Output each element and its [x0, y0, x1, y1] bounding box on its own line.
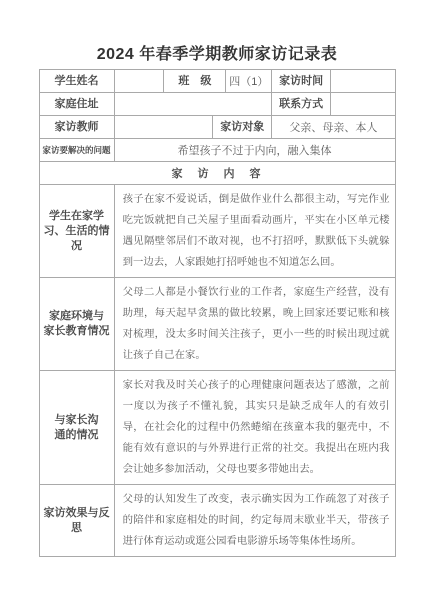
page-title: 2024 年春季学期教师家访记录表 — [0, 0, 434, 64]
table-row: 家 访 内 容 — [40, 162, 396, 185]
class-label: 班 级 — [164, 70, 226, 93]
row-label: 家庭环境与 家长教育情况 — [40, 278, 115, 371]
section-header-visit-content: 家 访 内 容 — [40, 162, 396, 185]
content-row-parent-communication: 与家长沟 通的情况 家长对我及时关心孩子的心理健康问题表达了感激，之前一度以为孩… — [40, 371, 396, 485]
row-text: 父母二人都是小餐饮行业的工作者，家庭生产经营，没有助理，每天起早贪黑的做比较累，… — [115, 278, 396, 371]
problem-label: 家访要解决的问题 — [40, 139, 115, 162]
student-name-label: 学生姓名 — [40, 70, 115, 93]
content-row-student-life: 学生在家学 习、生活的情况 孩子在家不爱说话，倒是做作业什么都很主动，写完作业吃… — [40, 185, 396, 278]
visit-target-label: 家访对象 — [213, 116, 272, 139]
document-page: 2024 年春季学期教师家访记录表 学生姓名 班 级 四（1） 家访时间 家庭住… — [0, 0, 434, 600]
contact-label: 联系方式 — [272, 93, 331, 116]
content-row-effect-reflection: 家访效果与反思 父母的认知发生了改变，表示确实因为工作疏忽了对孩子的陪伴和家庭相… — [40, 485, 396, 557]
teacher-value — [115, 116, 214, 139]
row-text: 父母的认知发生了改变，表示确实因为工作疏忽了对孩子的陪伴和家庭相处的时间，约定每… — [115, 485, 396, 557]
row-label: 学生在家学 习、生活的情况 — [40, 185, 115, 278]
student-name-value — [115, 70, 165, 93]
visit-time-value — [331, 70, 395, 93]
table-row: 学生姓名 班 级 四（1） 家访时间 — [40, 70, 396, 93]
table-row: 家访教师 家访对象 父亲、母亲、本人 — [40, 116, 396, 139]
contact-value — [331, 93, 395, 116]
row-label: 家访效果与反思 — [40, 485, 115, 557]
row-text: 家长对我及时关心孩子的心理健康问题表达了感激，之前一度以为孩子不懂礼貌，其实只是… — [115, 371, 396, 485]
content-row-family-environment: 家庭环境与 家长教育情况 父母二人都是小餐饮行业的工作者，家庭生产经营，没有助理… — [40, 278, 396, 371]
teacher-label: 家访教师 — [40, 116, 115, 139]
home-address-label: 家庭住址 — [40, 93, 115, 116]
class-value: 四（1） — [226, 70, 272, 93]
home-visit-form-table: 学生姓名 班 级 四（1） 家访时间 家庭住址 联系方式 家访教师 家访对象 父… — [39, 69, 396, 557]
table-row: 家庭住址 联系方式 — [40, 93, 396, 116]
visit-target-value: 父亲、母亲、本人 — [272, 116, 395, 139]
row-text: 孩子在家不爱说话，倒是做作业什么都很主动，写完作业吃完饭就把自己关屋子里面看动画… — [115, 185, 396, 278]
table-row: 家访要解决的问题 希望孩子不过于内向，融入集体 — [40, 139, 396, 162]
visit-time-label: 家访时间 — [272, 70, 331, 93]
home-address-value — [115, 93, 273, 116]
row-label: 与家长沟 通的情况 — [40, 371, 115, 485]
problem-value: 希望孩子不过于内向，融入集体 — [115, 139, 396, 162]
